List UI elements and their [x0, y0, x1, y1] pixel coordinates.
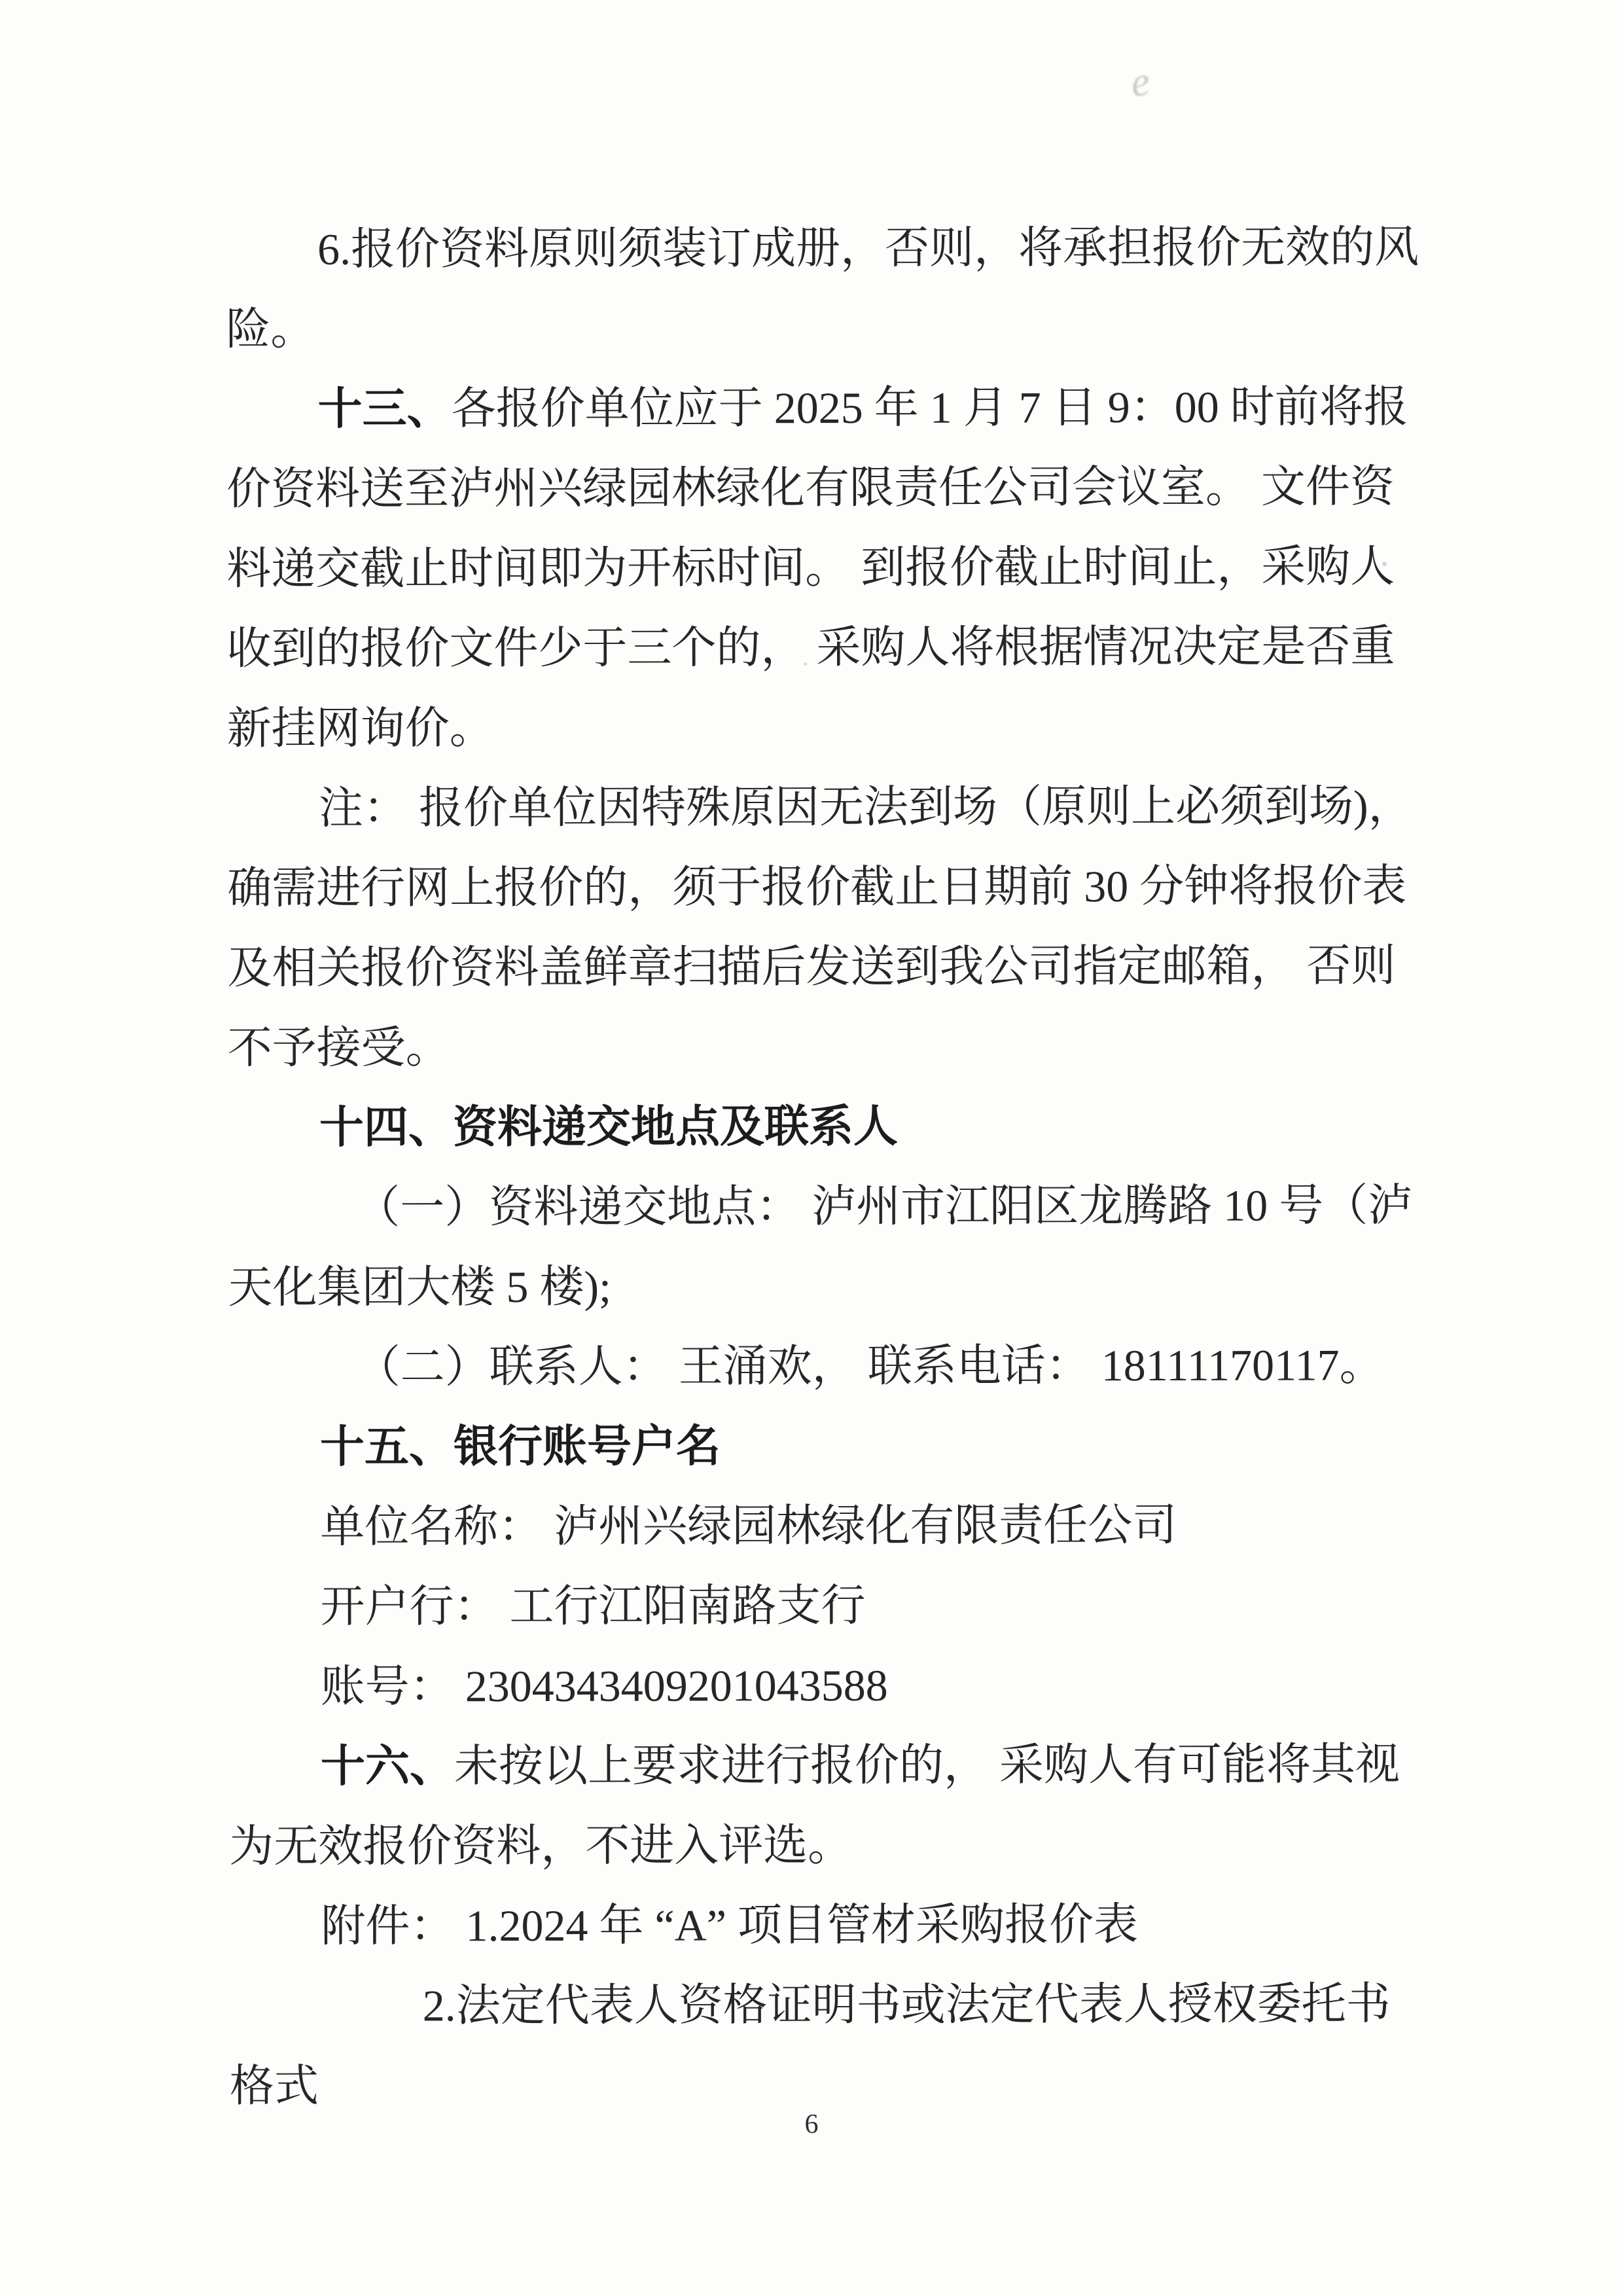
text-run: 价资料送至泸州兴绿园林绿化有限责任公司会议室。 文件资 — [226, 461, 1395, 514]
text-run: 注： 报价单位因特殊原因无法到场（原则上必须到场)， — [319, 781, 1413, 833]
text-line: 十六、未按以上要求进行报价的， 采购人有可能将其视 — [229, 1724, 1420, 1806]
text-line: 及相关报价资料盖鲜章扫描后发送到我公司指定邮箱， 否则 — [227, 925, 1418, 1008]
text-line: 单位名称： 泸州兴绿园林绿化有限责任公司 — [228, 1484, 1419, 1567]
text-line: 险。 — [226, 287, 1417, 369]
scan-smudge-artifact: e — [1128, 56, 1152, 107]
text-line: 确需进行网上报价的，须于报价截止日期前 30 分钟将报价表 — [227, 846, 1418, 928]
text-line: 开户行： 工行江阳南路支行 — [228, 1564, 1419, 1647]
text-line: 十三、各报价单位应于 2025 年 1 月 7 日 9：00 时前将报 — [226, 367, 1418, 449]
text-run: 确需进行网上报价的，须于报价截止日期前 30 分钟将报价表 — [227, 861, 1406, 913]
text-run: 收到的报价文件少于三个的， 采购人将根据情况决定是否重 — [226, 621, 1395, 673]
text-line: 为无效报价资料，不进入评选。 — [229, 1804, 1420, 1886]
page-number: 6 — [0, 2109, 1623, 2140]
text-run: 及相关报价资料盖鲜章扫描后发送到我公司指定邮箱， 否则 — [227, 941, 1395, 993]
text-run: 附件： 1.2024 年 “A” 项目管材采购报价表 — [321, 1899, 1138, 1951]
text-line: 2.法定代表人资格证明书或法定代表人授权委托书 — [230, 1964, 1421, 2046]
text-line: 账号： 2304343409201043588 — [229, 1644, 1420, 1727]
text-run-bold: 十六、 — [321, 1741, 454, 1791]
text-run: 新挂网询价。 — [227, 703, 494, 753]
text-line: 收到的报价文件少于三个的， 采购人将根据情况决定是否重 — [226, 606, 1418, 689]
text-run: 料递交截止时间即为开标时间。 到报价截止时间止，采购人 — [226, 541, 1395, 594]
text-run: 天化集团大楼 5 楼); — [228, 1262, 611, 1312]
text-line: 十四、资料递交地点及联系人 — [228, 1085, 1419, 1168]
text-run: 各报价单位应于 2025 年 1 月 7 日 9：00 时前将报 — [452, 382, 1408, 433]
text-run: 为无效报价资料，不进入评选。 — [229, 1820, 852, 1871]
text-line: 附件： 1.2024 年 “A” 项目管材采购报价表 — [229, 1884, 1420, 1966]
text-run: 2.法定代表人资格证明书或法定代表人授权委托书 — [423, 1979, 1391, 2030]
text-run: （二）联系人： 王涌欢， 联系电话： 18111170117。 — [356, 1340, 1384, 1391]
document-page: e 6.报价资料原则须装订成册，否则，将承担报价无效的风险。十三、各报价单位应于… — [0, 0, 1623, 2296]
text-run-bold: 十四、资料递交地点及联系人 — [319, 1102, 898, 1153]
text-run: 未按以上要求进行报价的， 采购人有可能将其视 — [454, 1739, 1400, 1791]
text-run: 单位名称： 泸州兴绿园林绿化有限责任公司 — [320, 1500, 1177, 1552]
text-line: 不予接受。 — [228, 1005, 1419, 1088]
text-line: 料递交截止时间即为开标时间。 到报价截止时间止，采购人 — [226, 526, 1418, 609]
text-line: 注： 报价单位因特殊原因无法到场（原则上必须到场)， — [227, 766, 1418, 848]
document-body: 6.报价资料原则须装订成册，否则，将承担报价无效的风险。十三、各报价单位应于 2… — [226, 207, 1421, 2126]
text-run: （一）资料递交地点： 泸州市江阳区龙腾路 10 号（泸 — [355, 1180, 1412, 1232]
text-line: 新挂网询价。 — [227, 686, 1418, 768]
text-line: （二）联系人： 王涌欢， 联系电话： 18111170117。 — [228, 1325, 1419, 1407]
text-run: 开户行： 工行江阳南路支行 — [320, 1581, 865, 1632]
text-run: 不予接受。 — [228, 1022, 450, 1073]
text-line: （一）资料递交地点： 泸州市江阳区龙腾路 10 号（泸 — [228, 1165, 1419, 1247]
text-run-bold: 十五、银行账号户名 — [320, 1421, 721, 1471]
text-run: 账号： 2304343409201043588 — [321, 1660, 888, 1712]
text-line: 十五、银行账号户名 — [228, 1405, 1419, 1487]
text-run: 6.报价资料原则须装订成册，否则，将承担报价无效的风 — [317, 222, 1419, 274]
text-line: 价资料送至泸州兴绿园林绿化有限责任公司会议室。 文件资 — [226, 446, 1418, 529]
text-line: 6.报价资料原则须装订成册，否则，将承担报价无效的风 — [226, 207, 1417, 289]
text-line: 天化集团大楼 5 楼); — [228, 1245, 1419, 1327]
text-run-bold: 十三、 — [318, 384, 452, 433]
text-run: 险。 — [226, 304, 315, 354]
text-run: 格式 — [230, 2061, 319, 2111]
